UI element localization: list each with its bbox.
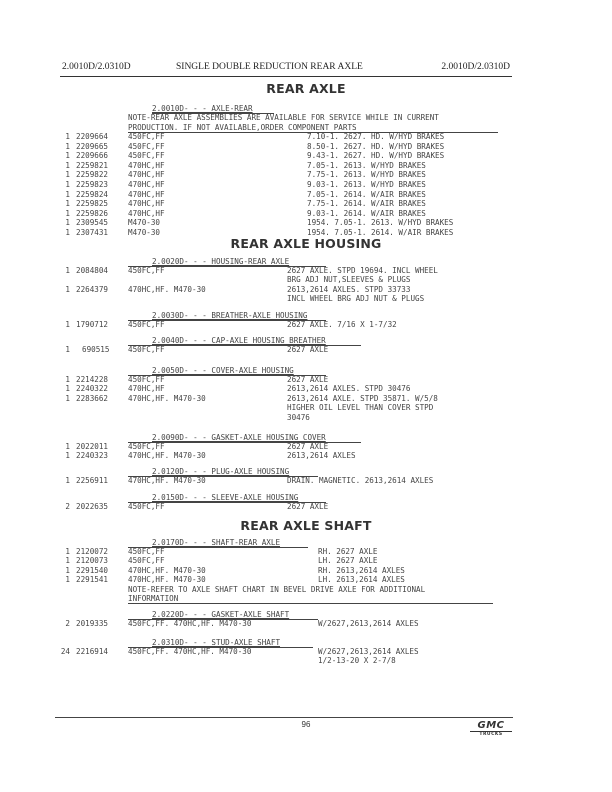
table-row: 12240323470HC,HF. M470-302613,2614 AXLES	[0, 451, 612, 460]
table-row-continued: INCL WHEEL BRG ADJ NUT & PLUGS	[0, 294, 612, 303]
table-row: 12259825470HC,HF7.75-1. 2614. W/AIR BRAK…	[0, 199, 612, 208]
table-row-continued: HIGHER OIL LEVEL THAN COVER STPD	[0, 403, 612, 412]
note-line: INFORMATION	[128, 594, 178, 603]
table-row: 12259824470HC,HF7.05-1. 2614. W/AIR BRAK…	[0, 190, 612, 199]
table-row: 12214228450FC,FF2627 AXLE	[0, 375, 612, 384]
table-row: 12120072450FC,FFRH. 2627 AXLE	[0, 547, 612, 556]
header-title: SINGLE DOUBLE REDUCTION REAR AXLE	[176, 62, 363, 72]
table-row: 12120073450FC,FFLH. 2627 AXLE	[0, 556, 612, 565]
page-number: 96	[0, 720, 612, 729]
group-code-2-0150d: 2.0150D- - - SLEEVE-AXLE HOUSING	[152, 493, 298, 502]
table-row-continued: 30476	[0, 413, 612, 422]
group-code-2-0090d: 2.0090D- - - GASKET-AXLE HOUSING COVER	[152, 433, 326, 442]
table-row: 12256911470HC,HF. M470-30DRAIN. MAGNETIC…	[0, 476, 612, 485]
logo-gmc-text: GMC	[470, 721, 512, 732]
footer-divider	[55, 717, 513, 718]
table-row: 12022011450FC,FF2627 AXLE	[0, 442, 612, 451]
table-row: 12209665450FC,FF8.50-1. 2627. HD. W/HYD …	[0, 142, 612, 151]
table-row: 12291540470HC,HF. M470-30RH. 2613,2614 A…	[0, 566, 612, 575]
gmc-trucks-logo: GMC TRUCKS	[470, 721, 512, 737]
page-header: 2.0010D/2.0310D SINGLE DOUBLE REDUCTION …	[60, 62, 512, 77]
group-code-2-0020d: 2.0020D- - - HOUSING-REAR AXLE	[152, 257, 289, 266]
table-row: 22019335450FC,FF. 470HC,HF. M470-30W/262…	[0, 619, 612, 628]
note-line: PRODUCTION. IF NOT AVAILABLE,ORDER COMPO…	[128, 123, 357, 132]
header-left-code: 2.0010D/2.0310D	[62, 62, 131, 72]
group-code-2-0220d: 2.0220D- - - GASKET-AXLE SHAFT	[152, 610, 289, 619]
divider	[128, 603, 493, 604]
table-row: 12084804450FC,FF2627 AXLE. STPD 19694. I…	[0, 266, 612, 275]
table-row: 12209666450FC,FF9.43-1. 2627. HD. W/HYD …	[0, 151, 612, 160]
table-row: 12291541470HC,HF. M470-30LH. 2613,2614 A…	[0, 575, 612, 584]
table-row: 12259821470HC,HF7.05-1. 2613. W/HYD BRAK…	[0, 161, 612, 170]
table-row: 11790712450FC,FF2627 AXLE. 7/16 X 1-7/32	[0, 320, 612, 329]
group-code-2-0050d: 2.0050D- - - COVER-AXLE HOUSING	[152, 366, 294, 375]
table-row: 12240322470HC,HF2613,2614 AXLES. STPD 30…	[0, 384, 612, 393]
section-title-rear-axle-housing: REAR AXLE HOUSING	[0, 236, 612, 251]
group-code-2-0030d: 2.0030D- - - BREATHER-AXLE HOUSING	[152, 311, 307, 320]
table-row-continued: 1/2-13-20 X 2-7/8	[0, 656, 612, 665]
note-line: NOTE-REFER TO AXLE SHAFT CHART IN BEVEL …	[128, 585, 425, 594]
section-title-rear-axle-shaft: REAR AXLE SHAFT	[0, 518, 612, 533]
group-code-2-0120d: 2.0120D- - - PLUG-AXLE HOUSING	[152, 467, 289, 476]
section-title-rear-axle: REAR AXLE	[0, 81, 612, 96]
group-code-2-0170d: 2.0170D- - - SHAFT-REAR AXLE	[152, 538, 280, 547]
note-line: NOTE-REAR AXLE ASSEMBLIES ARE AVAILABLE …	[128, 113, 439, 122]
header-right-code: 2.0010D/2.0310D	[441, 62, 510, 72]
table-row: 12259822470HC,HF7.75-1. 2613. W/HYD BRAK…	[0, 170, 612, 179]
table-row: 12309545M470-301954. 7.05-1. 2613. W/HYD…	[0, 218, 612, 227]
table-row: 12264379470HC,HF. M470-302613,2614 AXLES…	[0, 285, 612, 294]
logo-trucks-text: TRUCKS	[470, 732, 512, 737]
table-row: 12259823470HC,HF9.03-1. 2613. W/HYD BRAK…	[0, 180, 612, 189]
table-row: 1690515450FC,FF2627 AXLE	[0, 345, 612, 354]
table-row: 12259826470HC,HF9.03-1. 2614. W/AIR BRAK…	[0, 209, 612, 218]
table-row: 22022635450FC,FF2627 AXLE	[0, 502, 612, 511]
group-code-2-0310d: 2.0310D- - - STUD-AXLE SHAFT	[152, 638, 280, 647]
group-code-2-0010d: 2.0010D- - - AXLE-REAR	[152, 104, 253, 113]
table-row: 12209664450FC,FF7.10-1. 2627. HD. W/HYD …	[0, 132, 612, 141]
group-code-2-0040d: 2.0040D- - - CAP-AXLE HOUSING BREATHER	[152, 336, 326, 345]
table-row: 12283662470HC,HF. M470-302613,2614 AXLE.…	[0, 394, 612, 403]
table-row-continued: BRG ADJ NUT,SLEEVES & PLUGS	[0, 275, 612, 284]
table-row: 242216914450FC,FF. 470HC,HF. M470-30W/26…	[0, 647, 612, 656]
